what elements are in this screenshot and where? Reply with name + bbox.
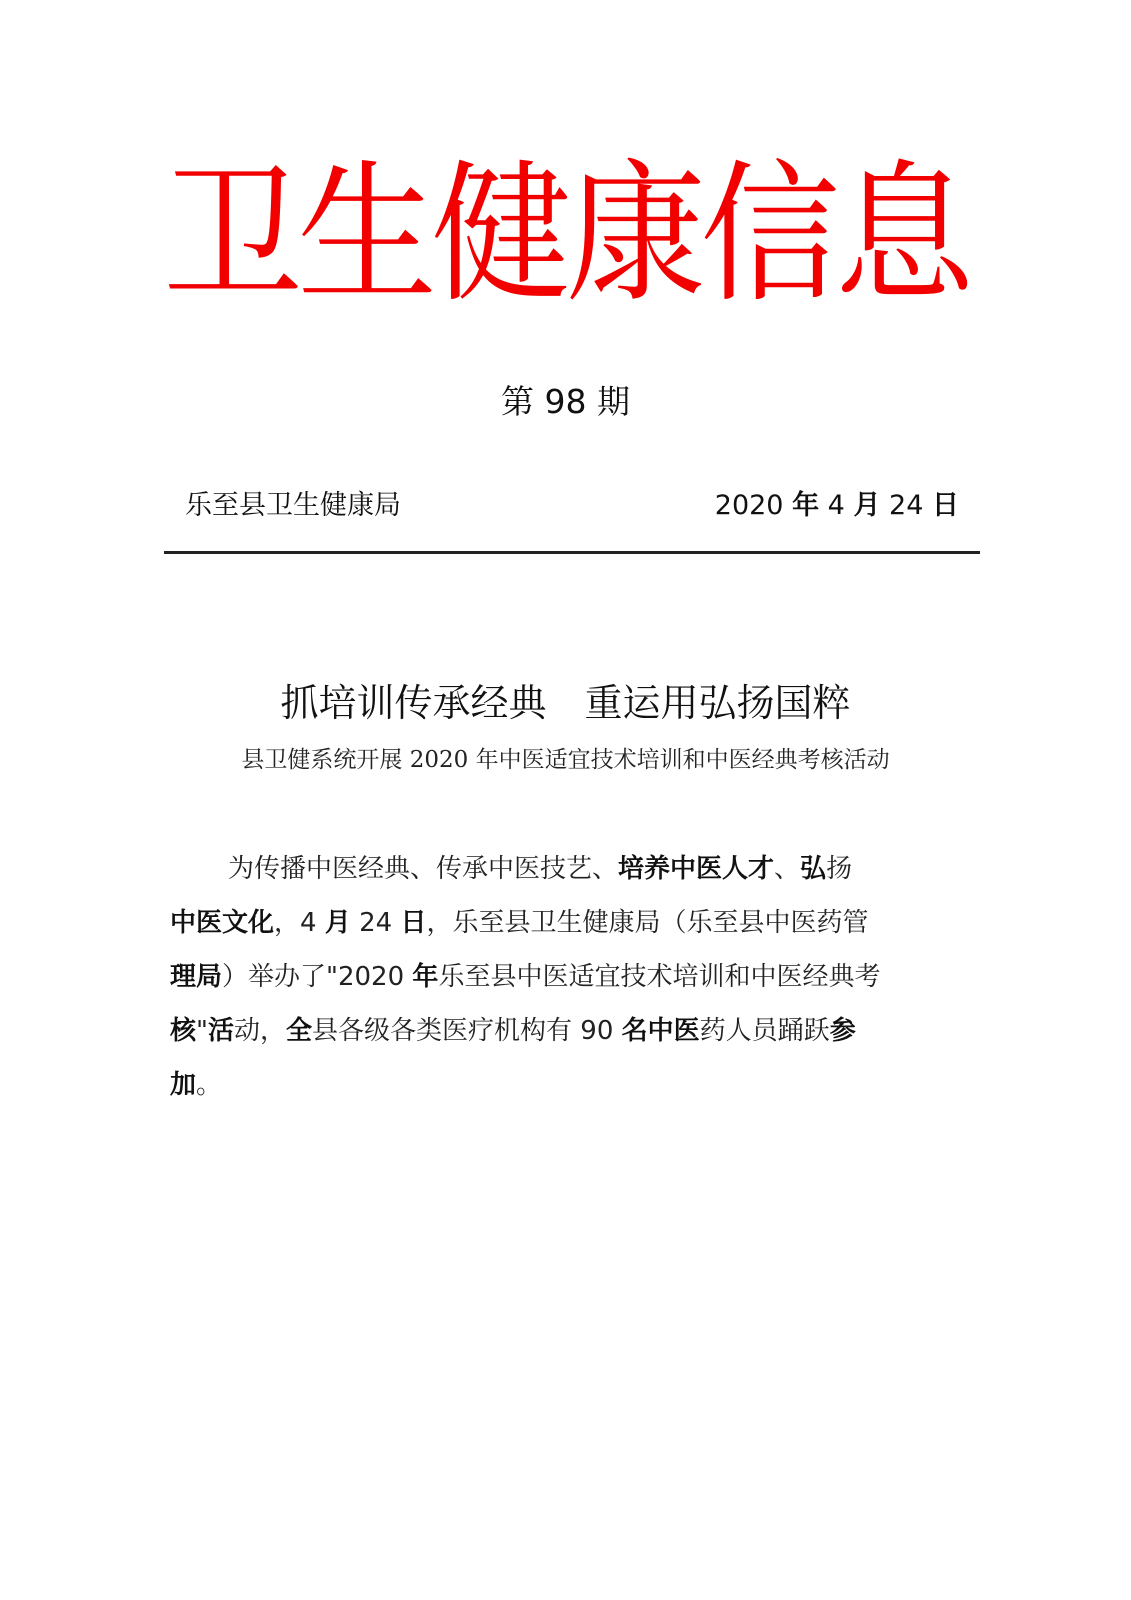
bold-text-run: 理局: [170, 962, 222, 992]
bold-text-run: 参: [830, 1016, 856, 1046]
masthead-title: 卫生健康信息: [46, 150, 1087, 320]
text-run: ": [196, 1016, 208, 1046]
date-day-unit: 日: [932, 490, 959, 521]
article-headline: 抓培训传承经典 重运用弘扬国粹: [0, 675, 1131, 731]
bold-text-run: 核: [170, 1016, 196, 1046]
issue-date: 2020 年 4 月 24 日: [715, 486, 959, 526]
bold-text-run: 日: [400, 908, 426, 938]
issue-number: 第 98 期: [0, 380, 1131, 424]
text-run: 24: [351, 908, 401, 938]
text-run: 。: [196, 1070, 222, 1100]
text-run: 动，: [234, 1016, 286, 1046]
text-run: 为传播中医经典、传承中医技艺、: [228, 854, 618, 884]
document-page: 卫生健康信息 第 98 期 乐至县卫生健康局 2020 年 4 月 24 日 抓…: [0, 0, 1131, 1600]
date-month-unit: 月: [853, 490, 880, 521]
header-divider: [164, 551, 980, 554]
date-month: 4: [828, 490, 845, 521]
paragraph-line: 为传播中医经典、传承中医技艺、培养中医人才、弘扬: [170, 842, 980, 896]
text-run: ，乐至县卫生健康局（乐至县中医药管: [426, 908, 868, 938]
article-subheadline: 县卫健系统开展 2020 年中医适宜技术培训和中医经典考核活动: [0, 742, 1131, 778]
paragraph-line: 理局）举办了"2020 年乐至县中医适宜技术培训和中医经典考: [170, 950, 980, 1004]
text-run: 扬: [826, 854, 852, 884]
text-run: ，4: [274, 908, 325, 938]
paragraph-line: 中医文化，4 月 24 日，乐至县卫生健康局（乐至县中医药管: [170, 896, 980, 950]
date-year-unit: 年: [792, 490, 819, 521]
text-run: 乐至县中医适宜技术培训和中医经典考: [438, 962, 880, 992]
bold-text-run: 活: [208, 1016, 234, 1046]
bold-text-run: 月: [325, 908, 351, 938]
paragraph-line: 加。: [170, 1058, 980, 1112]
bold-text-run: 年: [412, 962, 438, 992]
text-run: 药人员踊跃: [700, 1016, 830, 1046]
text-run: 县各级各类医疗机构有 90: [312, 1016, 622, 1046]
bold-text-run: 全: [286, 1016, 312, 1046]
date-year: 2020: [715, 490, 784, 521]
bold-text-run: 加: [170, 1070, 196, 1100]
article-body: 为传播中医经典、传承中医技艺、培养中医人才、弘扬中医文化，4 月 24 日，乐至…: [170, 842, 980, 1112]
date-day: 24: [889, 490, 923, 521]
paragraph-line: 核"活动，全县各级各类医疗机构有 90 名中医药人员踊跃参: [170, 1004, 980, 1058]
bold-text-run: 中医文化: [170, 908, 274, 938]
issuer-name: 乐至县卫生健康局: [185, 486, 401, 526]
text-run: ）举办了"2020: [222, 962, 412, 992]
bold-text-run: 培养中医人才: [618, 854, 774, 884]
bold-text-run: 名中医: [622, 1016, 700, 1046]
text-run: 、: [774, 854, 800, 884]
bold-text-run: 弘: [800, 854, 826, 884]
